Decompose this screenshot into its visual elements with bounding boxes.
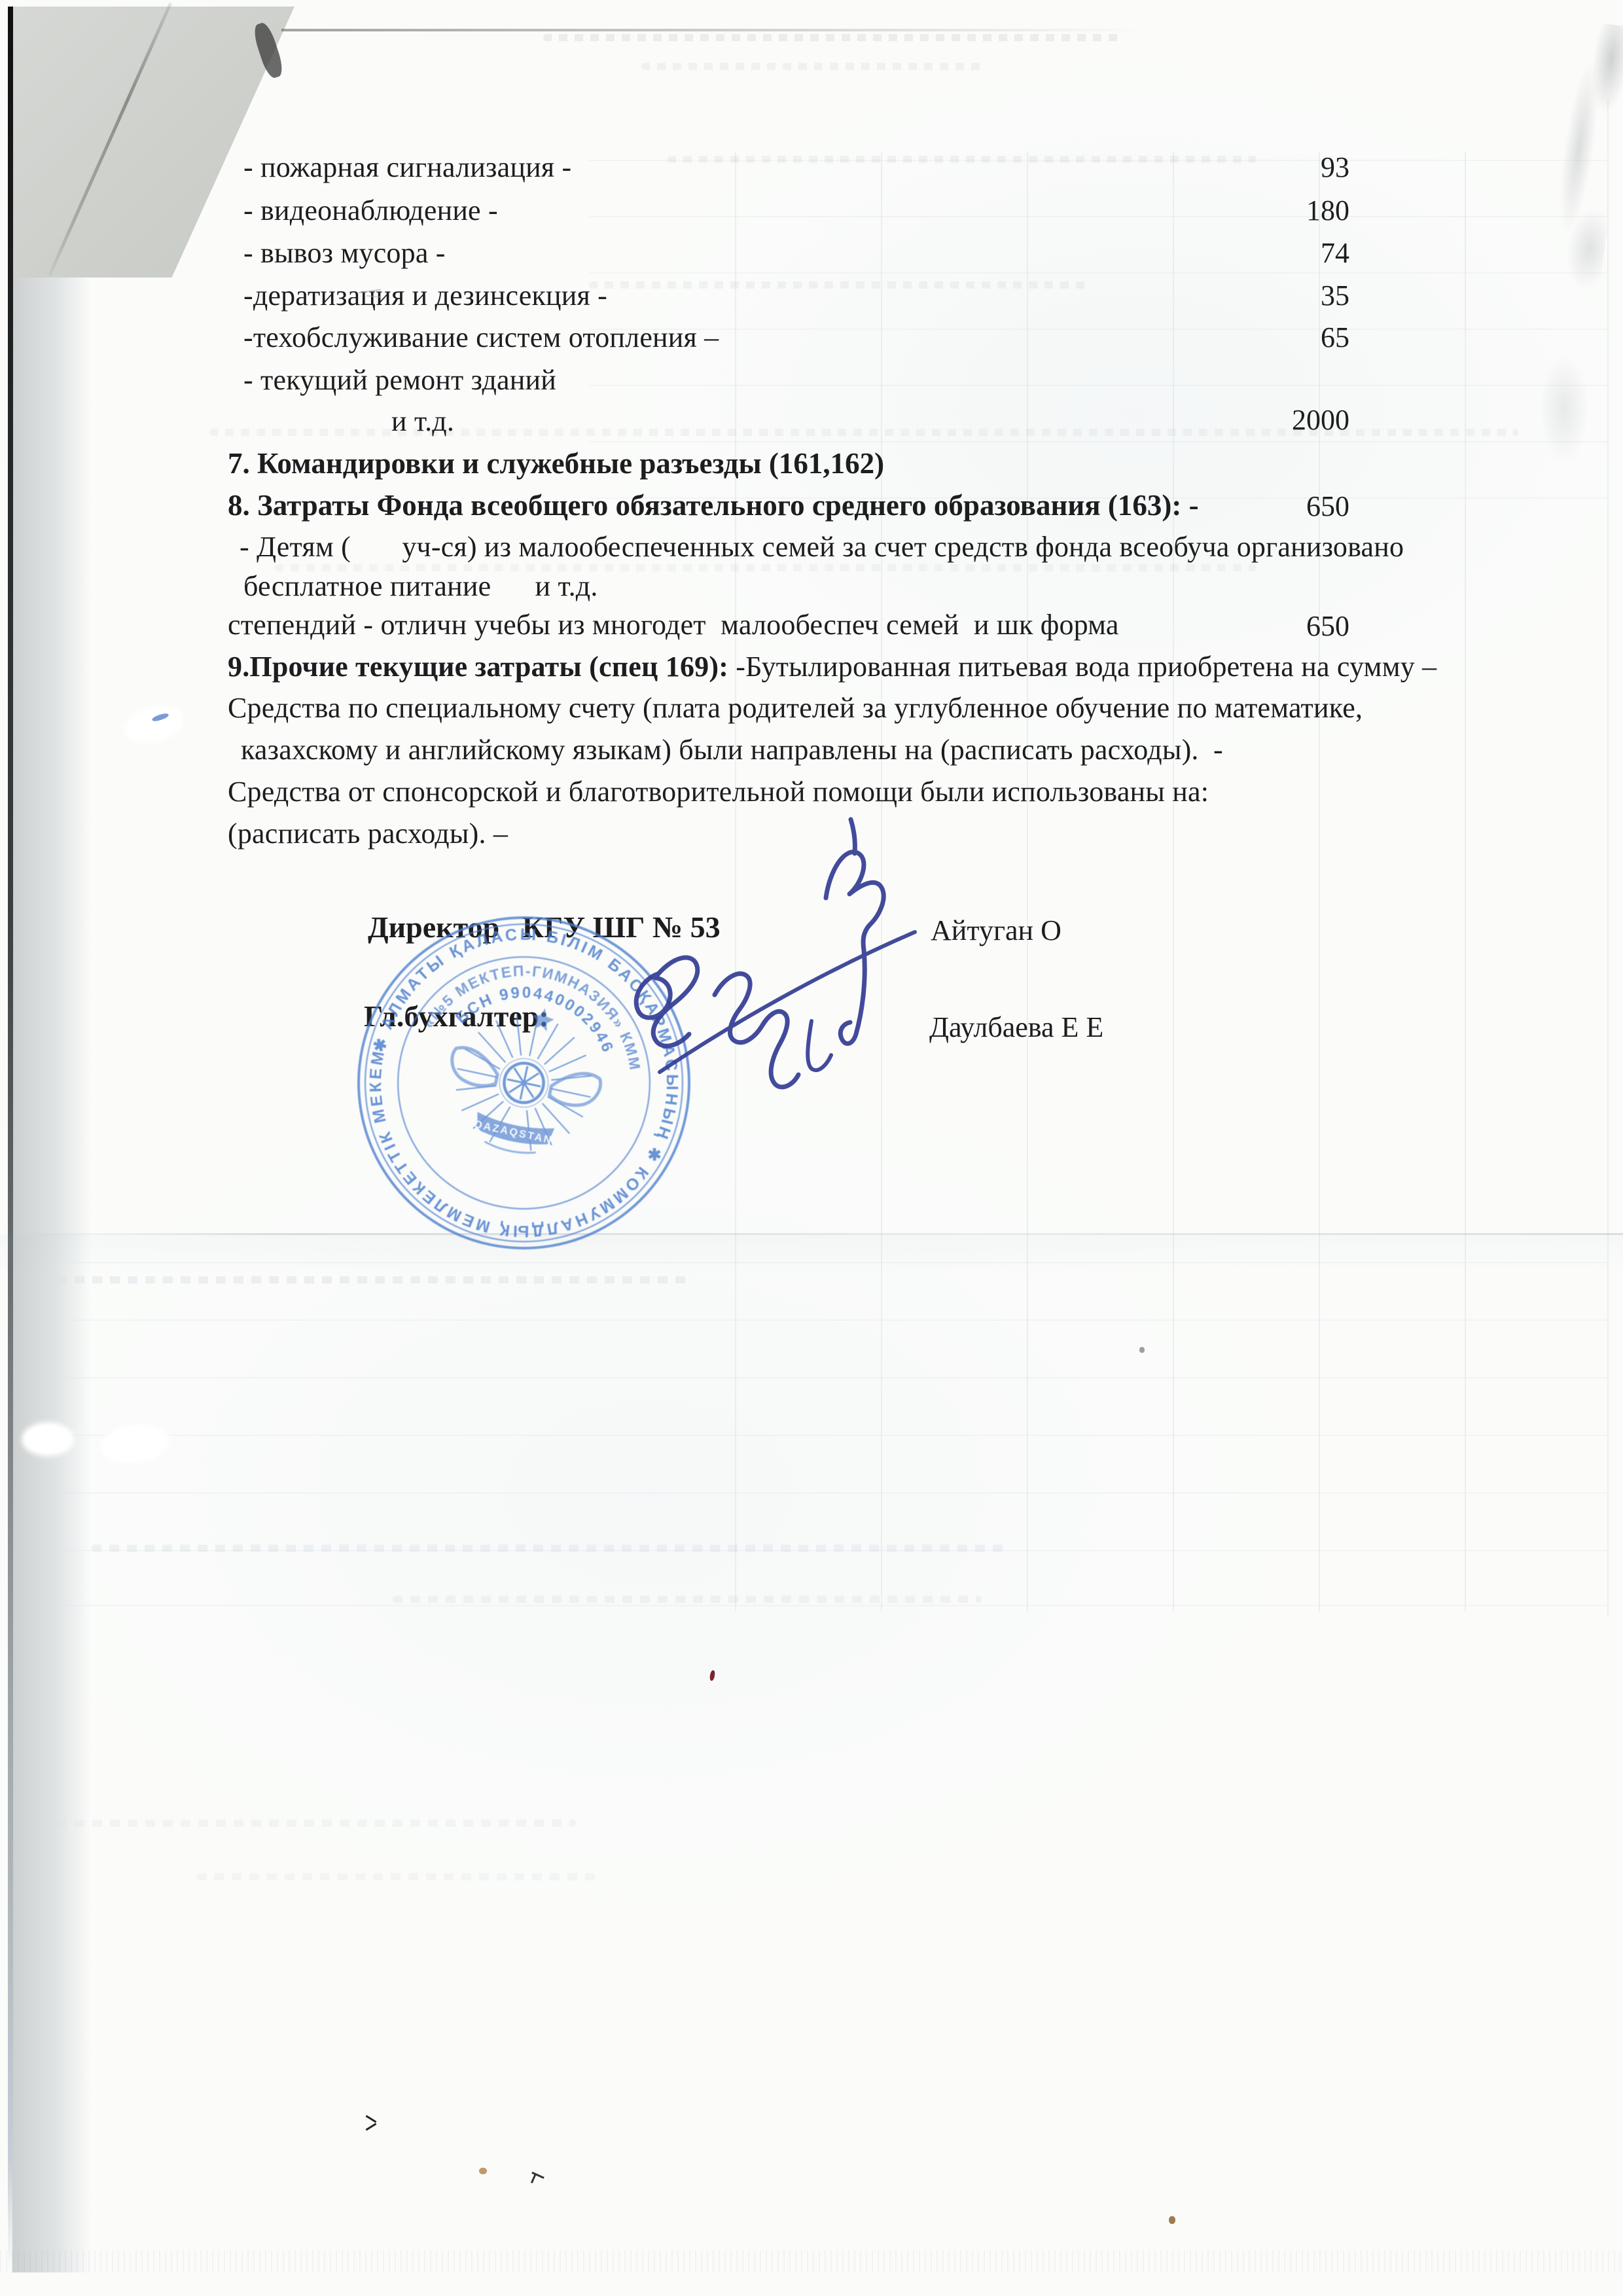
pen-tick — [531, 2173, 537, 2183]
bleed-grid-line — [1173, 152, 1174, 1611]
bleed-text-smudge — [92, 1545, 1008, 1552]
section-9-line: Средства от спонсорской и благотворитель… — [228, 775, 1209, 808]
expense-item-label: -техобслуживание систем отопления – — [243, 321, 719, 354]
page-edge-shadow — [12, 7, 91, 2272]
expense-item-amount: 180 — [1205, 194, 1349, 227]
expense-item-label: - пожарная сигнализация - — [243, 151, 571, 184]
section-9-line: (расписать расходы). – — [228, 817, 508, 850]
stipend-line: степендий - отличн учебы из многодет мал… — [228, 608, 1119, 641]
scanned-page: - пожарная сигнализация - 93 - видеонабл… — [0, 0, 1623, 2296]
bleed-grid-line — [589, 216, 1607, 217]
expense-item-label: и т.д. — [391, 404, 454, 438]
paper-crease-shade — [0, 1235, 1623, 1274]
bleed-text-smudge — [39, 1276, 694, 1283]
correction-blob — [25, 1426, 71, 1453]
section-9-line: казахскому и английскому языкам) были на… — [241, 733, 1223, 766]
bleed-text-smudge — [668, 156, 1257, 163]
scan-edge-streaks — [0, 2250, 1623, 2272]
bleed-grid-line — [1319, 152, 1320, 1611]
section-9-heading-bold: 9.Прочие текущие затраты (спец 169): — [228, 651, 728, 683]
pencil-smudge — [1499, 14, 1623, 307]
left-wing-icon — [448, 1045, 502, 1088]
section-7-heading: 7. Командировки и служебные разъезды (16… — [228, 446, 884, 480]
bleed-grid-line — [26, 1377, 1607, 1378]
section-8-amount: 650 — [1205, 490, 1349, 523]
expense-item-amount: 65 — [1205, 321, 1349, 354]
expense-item-label: -дератизация и дезинсекция - — [243, 279, 607, 312]
accountant-signature — [636, 932, 915, 1087]
bleed-grid-line — [1027, 152, 1028, 1611]
bleed-grid-line — [26, 1492, 1607, 1494]
bleed-text-smudge — [641, 63, 982, 70]
bleed-grid-line — [26, 1319, 1607, 1321]
bleed-text-smudge — [543, 34, 1119, 41]
bleed-grid-line — [589, 272, 1607, 274]
bleed-text-smudge — [39, 1820, 576, 1827]
bleed-grid-line — [26, 1605, 1607, 1606]
section-9-heading: 9.Прочие текущие затраты (спец 169): -Бу… — [228, 650, 1436, 683]
pen-tick — [366, 2115, 377, 2123]
director-signature — [826, 819, 883, 1044]
dust-speck — [1169, 2216, 1175, 2224]
expense-item-label: - вывоз мусора - — [243, 236, 446, 270]
bleed-grid-line — [589, 385, 1607, 386]
bleed-grid-line — [1465, 152, 1466, 1611]
right-wing-icon — [548, 1067, 603, 1110]
section-8-heading: 8. Затраты Фонда всеобщего обязательного… — [228, 488, 1199, 522]
expense-item-amount: 2000 — [1205, 403, 1349, 437]
correction-blob — [101, 1424, 168, 1464]
bleed-text-smudge — [196, 1873, 602, 1880]
signatures-overlay — [615, 805, 955, 1113]
bleed-text-smudge — [589, 281, 1086, 289]
ink-speck — [709, 1670, 716, 1681]
pencil-smudge — [1525, 340, 1603, 511]
expense-item-label: - текущий ремонт зданий — [243, 363, 556, 397]
bleed-grid-line — [1607, 98, 1609, 1617]
expense-item-label: - видеонаблюдение - — [243, 194, 498, 227]
section-8-line: - Детям ( уч-ся) из малообеспеченных сем… — [240, 530, 1404, 564]
dust-speck — [479, 2168, 487, 2174]
expense-item-amount: 74 — [1205, 236, 1349, 270]
star-icon — [529, 1006, 556, 1032]
expense-item-amount: 93 — [1205, 151, 1349, 184]
pen-tick — [366, 2123, 377, 2130]
stipend-amount: 650 — [1205, 609, 1349, 643]
section-8-line: бесплатное питание и т.д. — [243, 569, 598, 603]
section-9-line: Средства по специальному счету (плата ро… — [228, 691, 1363, 725]
correction-blob — [125, 705, 184, 745]
expense-item-amount: 35 — [1205, 279, 1349, 312]
bleed-grid-line — [26, 1435, 1607, 1436]
dust-speck — [1139, 1347, 1145, 1353]
bleed-grid-line — [589, 441, 1607, 442]
bleed-text-smudge — [393, 1596, 982, 1603]
scan-edge-line — [281, 29, 1145, 31]
section-9-heading-rest: -Бутылированная питьевая вода приобретен… — [728, 651, 1436, 683]
scan-edge-line — [8, 7, 13, 2271]
bleed-grid-line — [589, 329, 1607, 330]
